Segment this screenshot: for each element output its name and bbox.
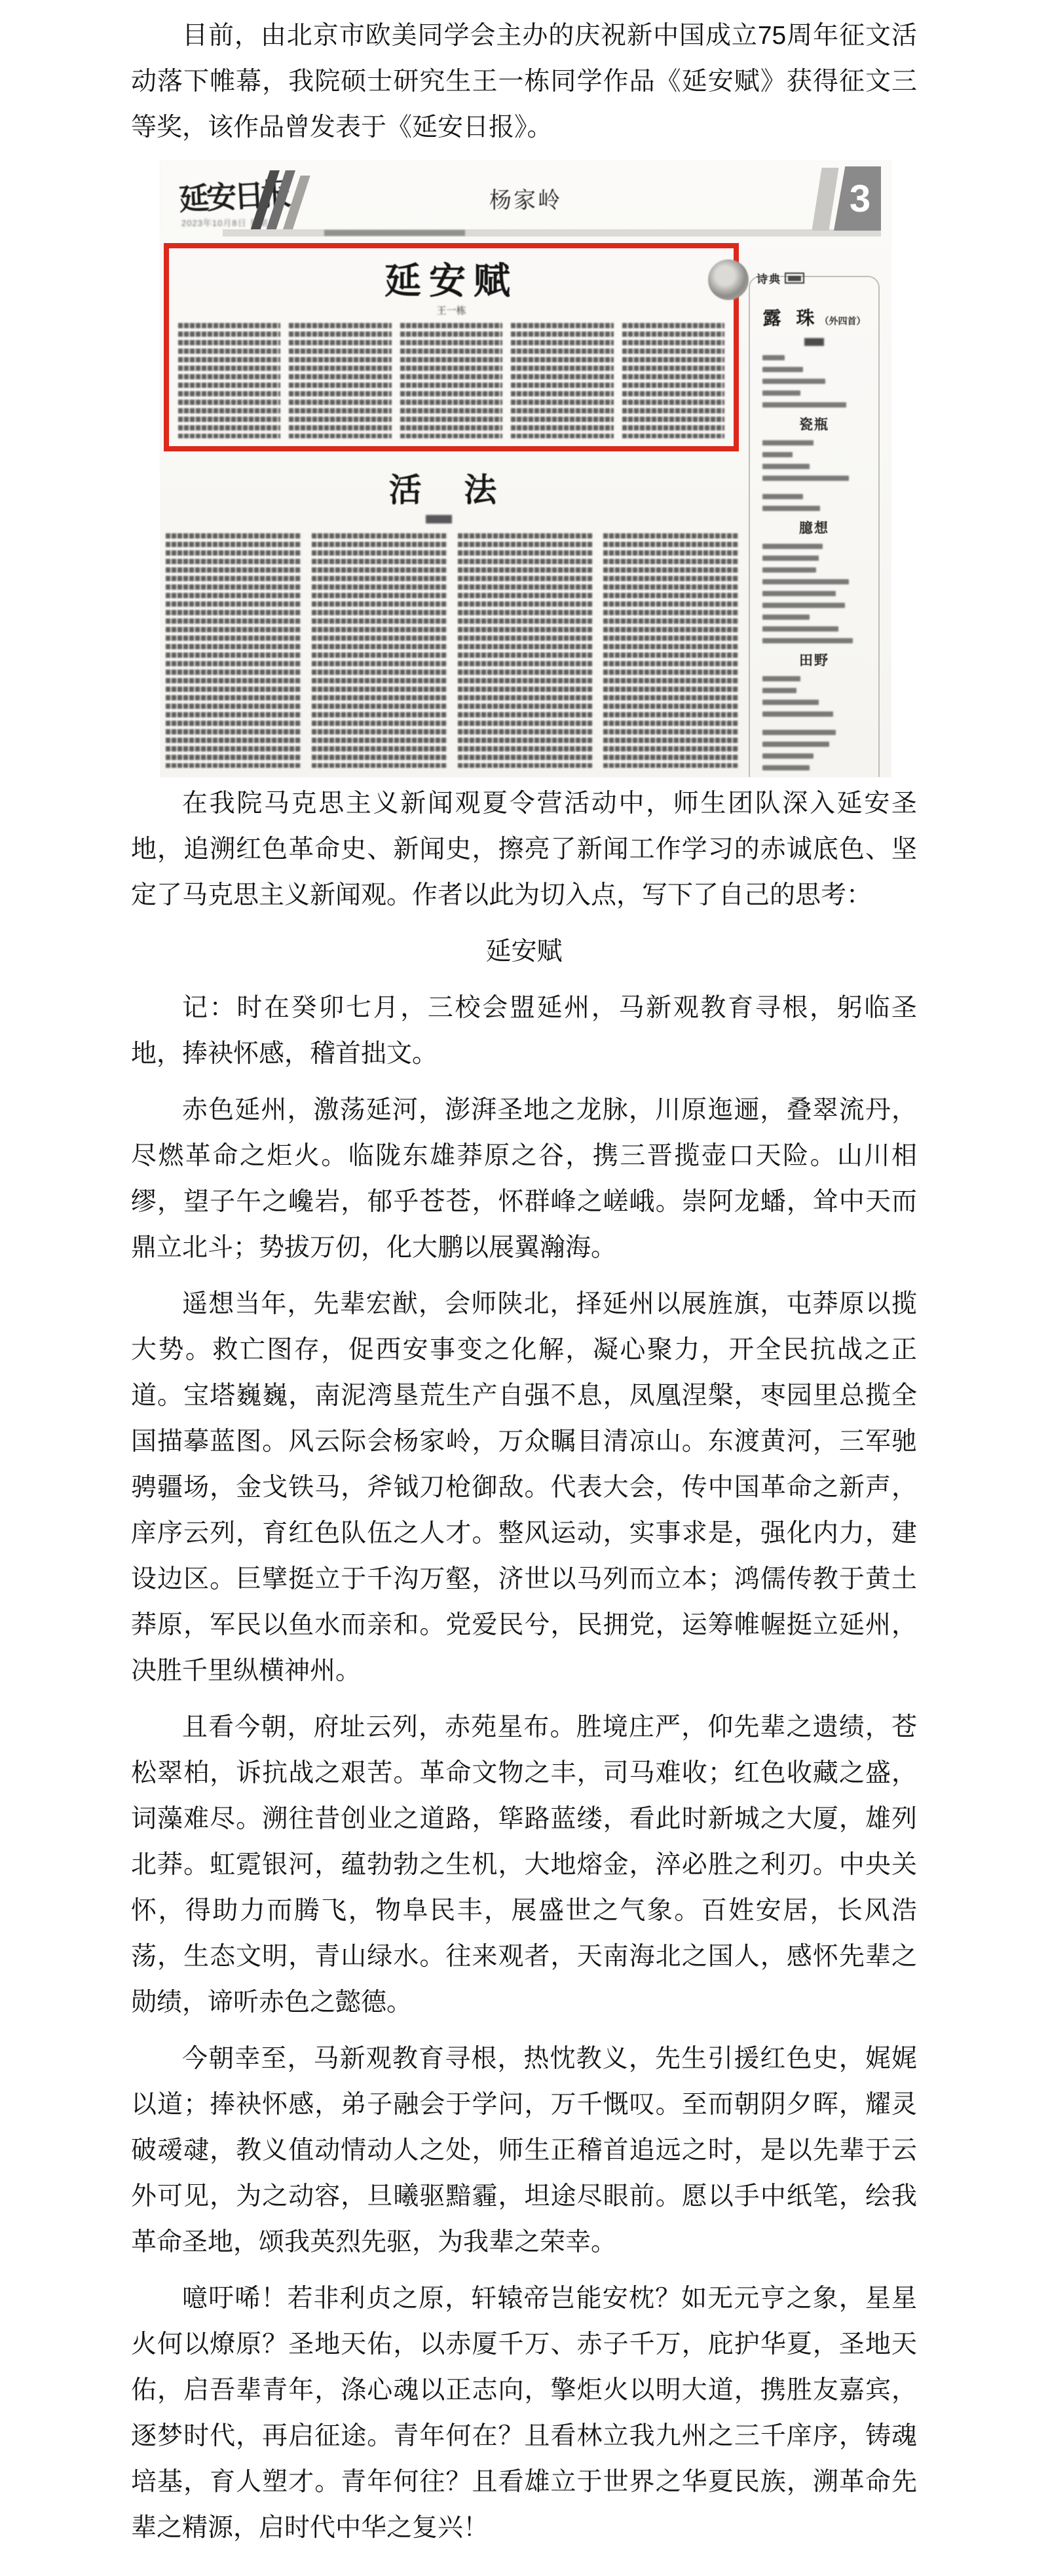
poem-line-blur <box>762 379 825 384</box>
poem-line-blur <box>762 742 829 747</box>
poem-line-blur <box>762 506 820 511</box>
essay-paragraph: 噫吁唏！若非利贞之原，轩辕帝岂能安枕？如无元亨之象，星星火何以燎原？圣地天佑，以… <box>131 2276 917 2551</box>
poem-body: 瓷瓶臆想田野无题 <box>753 355 875 777</box>
essay-paragraph: 赤色延州，激荡延河，澎湃圣地之龙脉，川原迤逦，叠翠流丹，尽燃革命之炬火。临陇东雄… <box>131 1088 917 1271</box>
page-number-badge: 3 <box>834 166 881 231</box>
poetry-label-box <box>785 273 804 284</box>
poetry-emblem-icon <box>708 259 749 300</box>
highlighted-article-author: 王一栋 <box>169 303 734 317</box>
poem-line-blur <box>762 753 814 759</box>
essay-paragraph: 且看今朝，府址云列，赤苑星布。胜境庄严，仰先辈之遗绩，苍松翠柏，诉抗战之艰苦。革… <box>131 1705 917 2026</box>
intro-paragraph-1: 目前，由北京市欧美同学会主办的庆祝新中国成立75周年征文活动落下帷幕，我院硕士研… <box>131 13 917 151</box>
poetry-column: 露 珠（外四首） 瓷瓶臆想田野无题 <box>753 304 875 777</box>
poetry-section-label: 诗典 <box>757 270 804 286</box>
poem-line-blur <box>762 476 849 481</box>
second-article-byline <box>426 515 452 523</box>
blurred-text-column <box>511 323 613 438</box>
blurred-text-column <box>603 533 739 768</box>
poem-line-blur <box>762 638 853 643</box>
essay-paragraph: 今朝幸至，马新观教育寻根，热忱教义，先生引援红色史，娓娓以道；捧袂怀感，弟子融会… <box>131 2036 917 2265</box>
poem-line-blur <box>762 452 793 457</box>
highlight-red-box: 延安赋 王一栋 <box>164 243 739 451</box>
blurred-text-column <box>400 323 502 438</box>
poem-line-blur <box>762 544 823 549</box>
poetry-title-main: 露 珠 <box>762 309 819 329</box>
newspaper-header-rule <box>223 229 881 237</box>
poem-line-blur <box>762 579 849 584</box>
poem-line-blur <box>762 556 819 561</box>
poem-line-blur <box>762 464 810 469</box>
blurred-text-column <box>166 533 301 768</box>
content-column: 目前，由北京市欧美同学会主办的庆祝新中国成立75周年征文活动落下帷幕，我院硕士研… <box>131 0 917 2568</box>
poem-line-blur <box>762 603 845 608</box>
poetry-title: 露 珠（外四首） <box>753 304 875 330</box>
essay-title: 延安赋 <box>131 929 917 975</box>
poem-line-blur <box>762 591 836 596</box>
poem-line-blur <box>762 567 816 573</box>
poetry-author-blur <box>804 338 824 346</box>
highlighted-article-title: 延安赋 <box>169 252 734 305</box>
poem-line-blur <box>762 440 814 445</box>
poem-section-title: 瓷瓶 <box>753 414 875 434</box>
poetry-label-text: 诗典 <box>757 270 781 286</box>
second-article-title: 活 法 <box>164 464 739 511</box>
poem-line-blur <box>762 615 810 620</box>
blurred-text-column <box>458 533 593 768</box>
blurred-text-column <box>312 533 447 768</box>
poem-section-title: 田野 <box>753 650 875 670</box>
blurred-caption-text <box>324 230 465 236</box>
poem-line-blur <box>762 355 785 360</box>
highlighted-article-columns <box>178 323 724 438</box>
poem-line-blur <box>762 765 810 770</box>
newspaper-section-title: 杨家岭 <box>160 182 891 214</box>
blurred-text-column <box>622 323 724 438</box>
poem-section-title: 臆想 <box>753 518 875 537</box>
second-article-columns <box>166 533 739 768</box>
blurred-text-column <box>289 323 391 438</box>
newspaper-image[interactable]: 延安日报 2023年10月8日 星期日 杨家岭 3 延安赋 王一栋 活 法 <box>160 161 891 777</box>
poetry-title-sub: （外四首） <box>820 316 866 326</box>
poem-line-blur <box>762 676 800 681</box>
poem-line-blur <box>762 730 836 735</box>
essay-paragraph: 遥想当年，先辈宏猷，会师陕北，择延州以展旌旗，屯莽原以揽大势。救亡图存，促西安事… <box>131 1281 917 1694</box>
page-number: 3 <box>850 177 870 221</box>
poem-line-blur <box>762 700 819 705</box>
intro-paragraph-2: 在我院马克思主义新闻观夏令营活动中，师生团队深入延安圣地，追溯红色革命史、新闻史… <box>131 781 917 919</box>
poem-line-blur <box>762 711 833 717</box>
poem-line-blur <box>762 494 803 499</box>
poem-line-blur <box>762 390 800 396</box>
poem-line-blur <box>762 367 803 372</box>
poem-line-blur <box>762 626 838 632</box>
poem-line-blur <box>762 688 796 693</box>
poem-line-blur <box>762 402 846 407</box>
blurred-text-column <box>178 323 280 438</box>
essay-paragraph: 记：时在癸卯七月，三校会盟延州，马新观教育寻根，躬临圣地，捧袂怀感，稽首拙文。 <box>131 985 917 1077</box>
